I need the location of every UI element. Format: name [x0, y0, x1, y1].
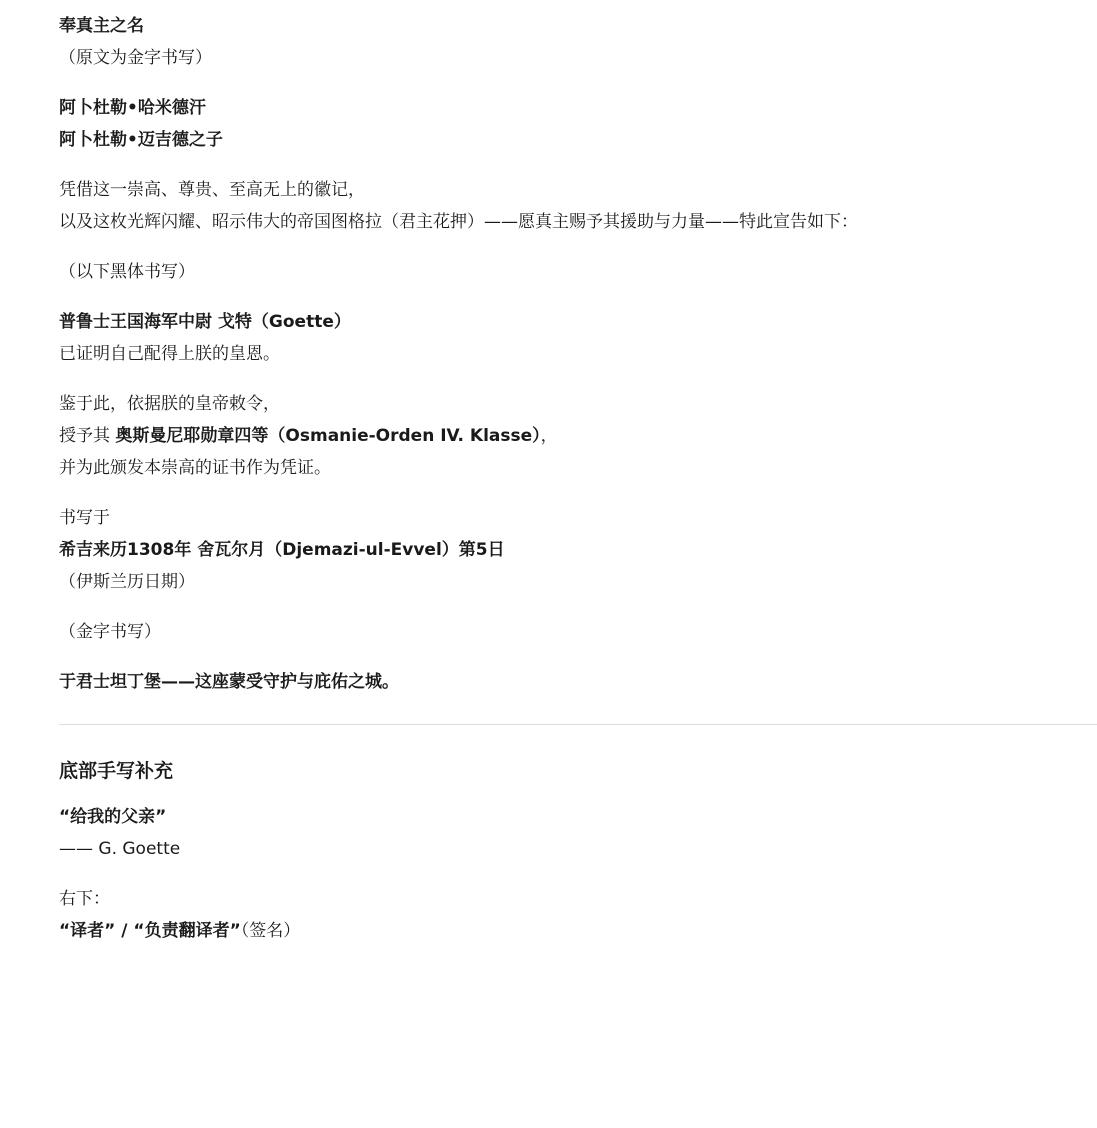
translator-line: “译者” / “负责翻译者”（签名） — [59, 915, 1097, 947]
preamble-line-1: 凭借这一崇高、尊贵、至高无上的徽记， — [59, 174, 1097, 206]
invocation-block: 奉真主之名 （原文为金字书写） — [59, 10, 1097, 74]
translator-block: 右下： “译者” / “负责翻译者”（签名） — [59, 883, 1097, 947]
translator-note: （签名） — [241, 921, 301, 941]
dedication-text: “给我的父亲” — [59, 801, 1097, 833]
preamble-block: 凭借这一崇高、尊贵、至高无上的徽记， 以及这枚光辉闪耀、昭示伟大的帝国图格拉（君… — [59, 174, 1097, 238]
section-divider — [59, 724, 1097, 725]
recipient-block: 普鲁士王国海军中尉 戈特（Goette） 已证明自己配得上朕的皇恩。 — [59, 306, 1097, 370]
preamble-line-2: 以及这枚光辉闪耀、昭示伟大的帝国图格拉（君主花押）——愿真主赐予其援助与力量——… — [59, 206, 1097, 238]
award-line-1: 鉴于此，依据朕的皇帝敕令， — [59, 388, 1097, 420]
award-prefix: 授予其 — [59, 426, 115, 446]
recipient-merit: 已证明自己配得上朕的皇恩。 — [59, 338, 1097, 370]
gold-script-note: （金字书写） — [59, 616, 1097, 648]
document-page: 奉真主之名 （原文为金字书写） 阿卜杜勒•哈米德汗 阿卜杜勒•迈吉德之子 凭借这… — [0, 0, 1097, 947]
award-block: 鉴于此，依据朕的皇帝敕令， 授予其 奥斯曼尼耶勋章四等（Osmanie-Orde… — [59, 388, 1097, 484]
sultan-name: 阿卜杜勒•哈米德汗 — [59, 92, 1097, 124]
date-block: 书写于 希吉来历1308年 舍瓦尔月（Djemazi-ul-Evvel）第5日 … — [59, 502, 1097, 598]
award-suffix: ， — [541, 426, 558, 446]
bottom-right-label: 右下： — [59, 883, 1097, 915]
recipient-name: 普鲁士王国海军中尉 戈特（Goette） — [59, 306, 1097, 338]
black-script-note-text: （以下黑体书写） — [59, 256, 1097, 288]
gold-script-note-text: （金字书写） — [59, 616, 1097, 648]
date-note: （伊斯兰历日期） — [59, 566, 1097, 598]
sultan-lineage: 阿卜杜勒•迈吉德之子 — [59, 124, 1097, 156]
sultan-block: 阿卜杜勒•哈米德汗 阿卜杜勒•迈吉德之子 — [59, 92, 1097, 156]
dedication-block: “给我的父亲” —— G. Goette — [59, 801, 1097, 865]
order-name: 奥斯曼尼耶勋章四等（Osmanie-Orden IV. Klasse） — [115, 426, 540, 446]
place-text: 于君士坦丁堡——这座蒙受守护与庇佑之城。 — [59, 666, 1097, 698]
signature-text: —— G. Goette — [59, 833, 1097, 865]
award-line-2: 授予其 奥斯曼尼耶勋章四等（Osmanie-Orden IV. Klasse）， — [59, 420, 1097, 452]
award-line-3: 并为此颁发本崇高的证书作为凭证。 — [59, 452, 1097, 484]
black-script-note: （以下黑体书写） — [59, 256, 1097, 288]
addendum-heading: 底部手写补充 — [59, 751, 1097, 791]
date-value: 希吉来历1308年 舍瓦尔月（Djemazi-ul-Evvel）第5日 — [59, 534, 1097, 566]
invocation-title: 奉真主之名 — [59, 10, 1097, 42]
place-block: 于君士坦丁堡——这座蒙受守护与庇佑之城。 — [59, 666, 1097, 698]
translator-title: “译者” / “负责翻译者” — [59, 921, 241, 941]
date-label: 书写于 — [59, 502, 1097, 534]
invocation-note: （原文为金字书写） — [59, 42, 1097, 74]
